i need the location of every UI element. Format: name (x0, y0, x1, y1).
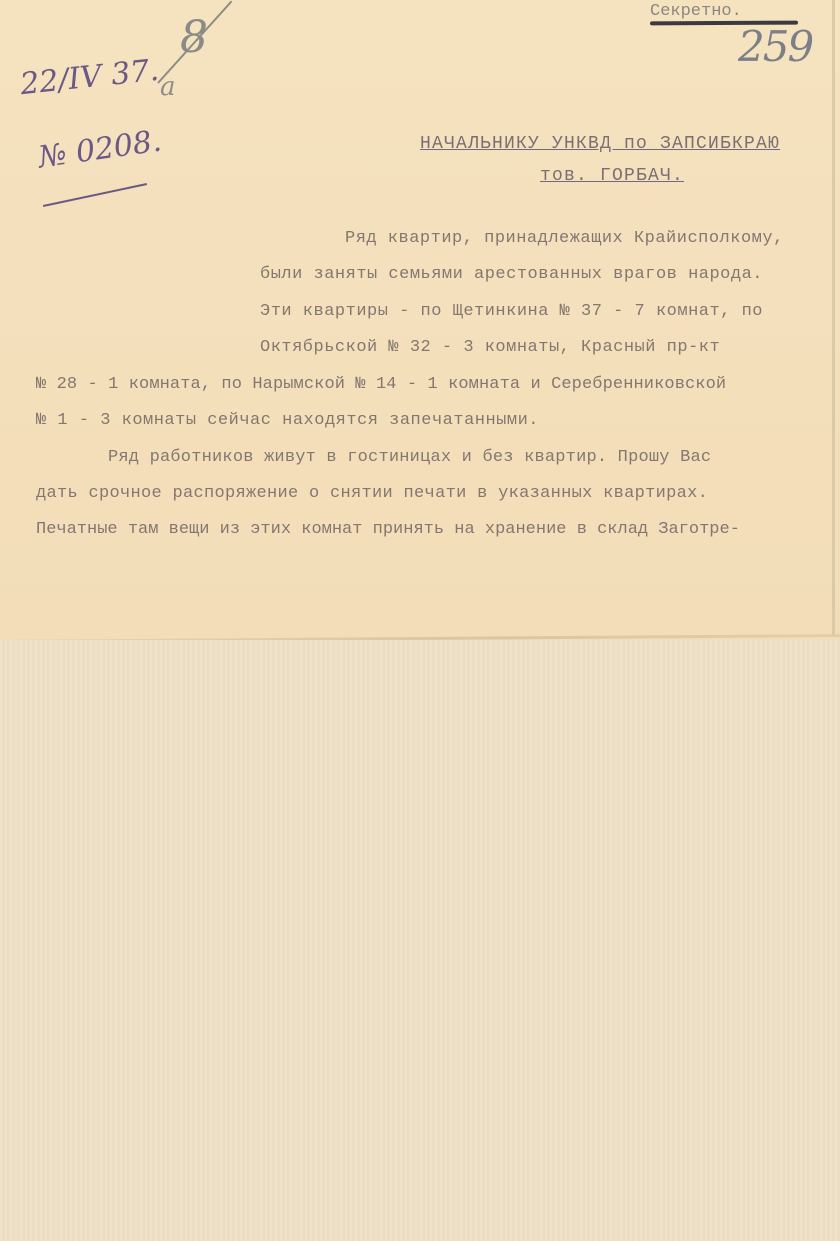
body-line: Ряд работников живут в гостиницах и без … (108, 448, 711, 467)
classification-stamp: Секретно. (650, 2, 742, 21)
body-line: № 1 - 3 комнаты сейчас находятся запечат… (36, 411, 539, 430)
addressee-name: тов. ГОРБАЧ. (540, 166, 684, 186)
page-edge-line (832, 0, 835, 636)
archive-page-number: 259 (738, 22, 812, 71)
body-line: дать срочное распоряжение о снятии печат… (36, 484, 708, 503)
addressee-title: НАЧАЛЬНИКУ УНКВД по ЗАПСИБКРАЮ (420, 134, 780, 154)
body-line: № 28 - 1 комната, по Нарымской № 14 - 1 … (36, 375, 726, 394)
document-page-lower-blank (0, 640, 840, 1241)
body-line: Эти квартиры - по Щетинкина № 37 - 7 ком… (260, 302, 763, 321)
body-line: были заняты семьями арестованных врагов … (260, 265, 763, 284)
body-line: Печатные там вещи из этих комнат принять… (36, 520, 740, 539)
body-line: Октябрьской № 32 - 3 комнаты, Красный пр… (260, 338, 720, 357)
body-line: Ряд квартир, принадлежащих Крайисполкому… (345, 229, 784, 248)
